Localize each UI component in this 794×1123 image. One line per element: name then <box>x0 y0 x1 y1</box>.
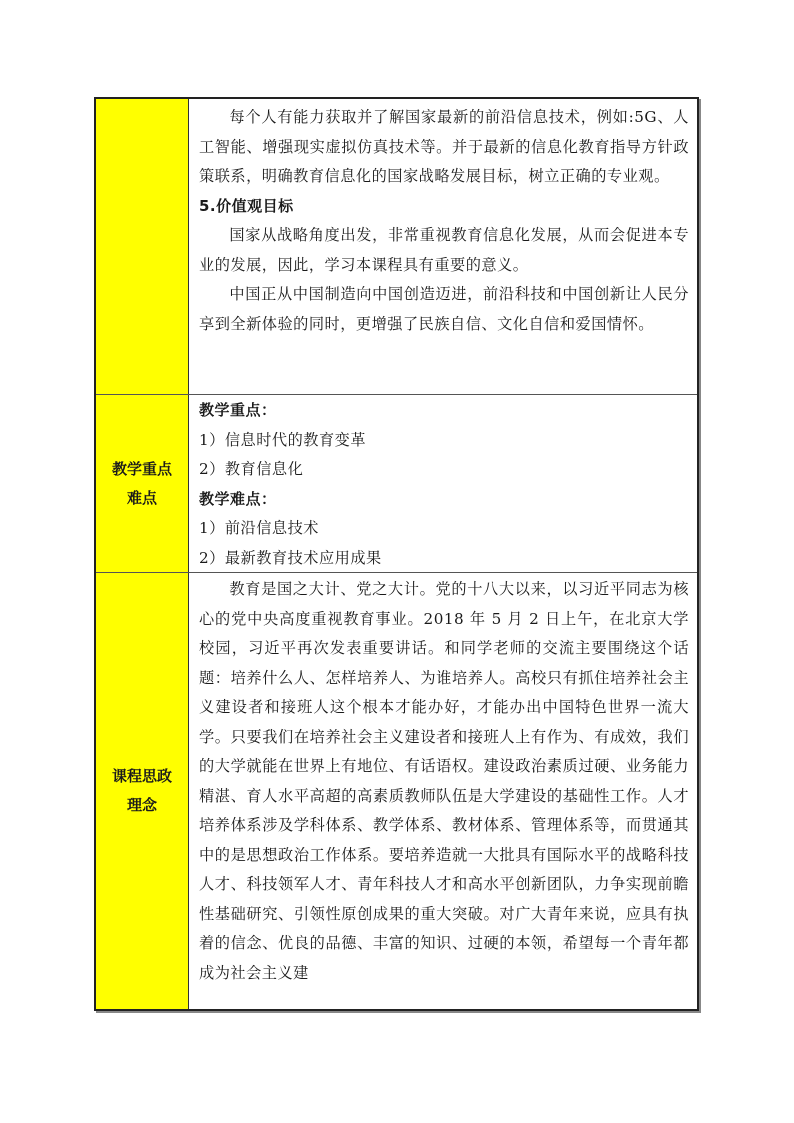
table-row-value-goals: 每个人有能力获取并了解国家最新的前沿信息技术，例如:5G、人工智能、增强现实虚拟… <box>96 99 697 394</box>
key-point-item: 1）信息时代的教育变革 <box>199 426 689 456</box>
paragraph-national-strategy: 国家从战略角度出发，非常重视教育信息化发展，从而会促进本专业的发展，因此，学习本… <box>199 221 689 280</box>
difficult-points-heading: 教学难点： <box>199 485 689 515</box>
paragraph-china-innovation: 中国正从中国制造向中国创造迈进，前沿科技和中国创新让人民分享到全新体验的同时，更… <box>199 280 689 339</box>
difficult-point-item: 1）前沿信息技术 <box>199 514 689 544</box>
label-line-2: 理念 <box>112 791 172 820</box>
row-label-key-difficult: 教学重点 难点 <box>96 395 189 572</box>
table-row-ideology: 课程思政 理念 教育是国之大计、党之大计。党的十八大以来，以习近平同志为核心的党… <box>96 572 697 1009</box>
row-label-empty <box>96 99 189 394</box>
label-line-1: 课程思政 <box>112 762 172 791</box>
paragraph-tech-awareness: 每个人有能力获取并了解国家最新的前沿信息技术，例如:5G、人工智能、增强现实虚拟… <box>199 103 689 192</box>
section-heading-values: 5.价值观目标 <box>199 192 689 222</box>
label-line-1: 教学重点 <box>112 455 172 484</box>
difficult-point-item: 2）最新教育技术应用成果 <box>199 544 689 574</box>
row-content: 教学重点： 1）信息时代的教育变革 2）教育信息化 教学难点： 1）前沿信息技术… <box>189 395 697 572</box>
row-content: 教育是国之大计、党之大计。党的十八大以来，以习近平同志为核心的党中央高度重视教育… <box>189 573 697 1009</box>
key-points-heading: 教学重点： <box>199 396 689 426</box>
row-label-ideology: 课程思政 理念 <box>96 573 189 1009</box>
label-line-2: 难点 <box>112 484 172 513</box>
course-table: 每个人有能力获取并了解国家最新的前沿信息技术，例如:5G、人工智能、增强现实虚拟… <box>94 97 699 1011</box>
table-row-key-points: 教学重点 难点 教学重点： 1）信息时代的教育变革 2）教育信息化 教学难点： … <box>96 394 697 572</box>
key-point-item: 2）教育信息化 <box>199 455 689 485</box>
paragraph-education-philosophy: 教育是国之大计、党之大计。党的十八大以来，以习近平同志为核心的党中央高度重视教育… <box>199 575 689 988</box>
row-content: 每个人有能力获取并了解国家最新的前沿信息技术，例如:5G、人工智能、增强现实虚拟… <box>189 99 697 394</box>
